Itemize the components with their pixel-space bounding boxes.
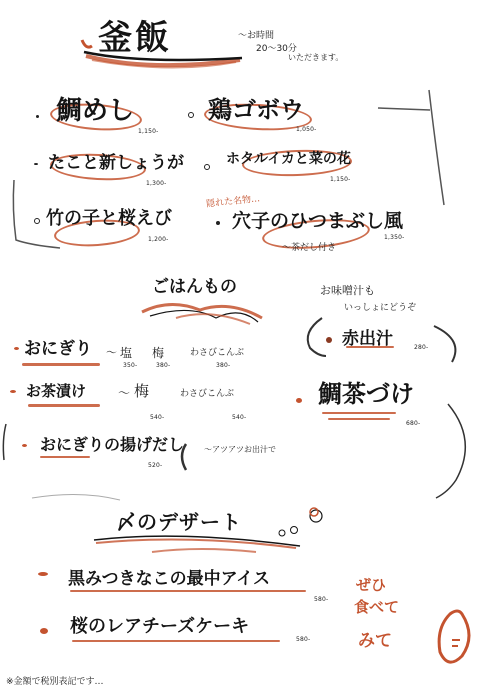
tax-note: ※金額で税別表記です…: [6, 674, 104, 687]
stamp-circle-icon: [0, 0, 478, 700]
